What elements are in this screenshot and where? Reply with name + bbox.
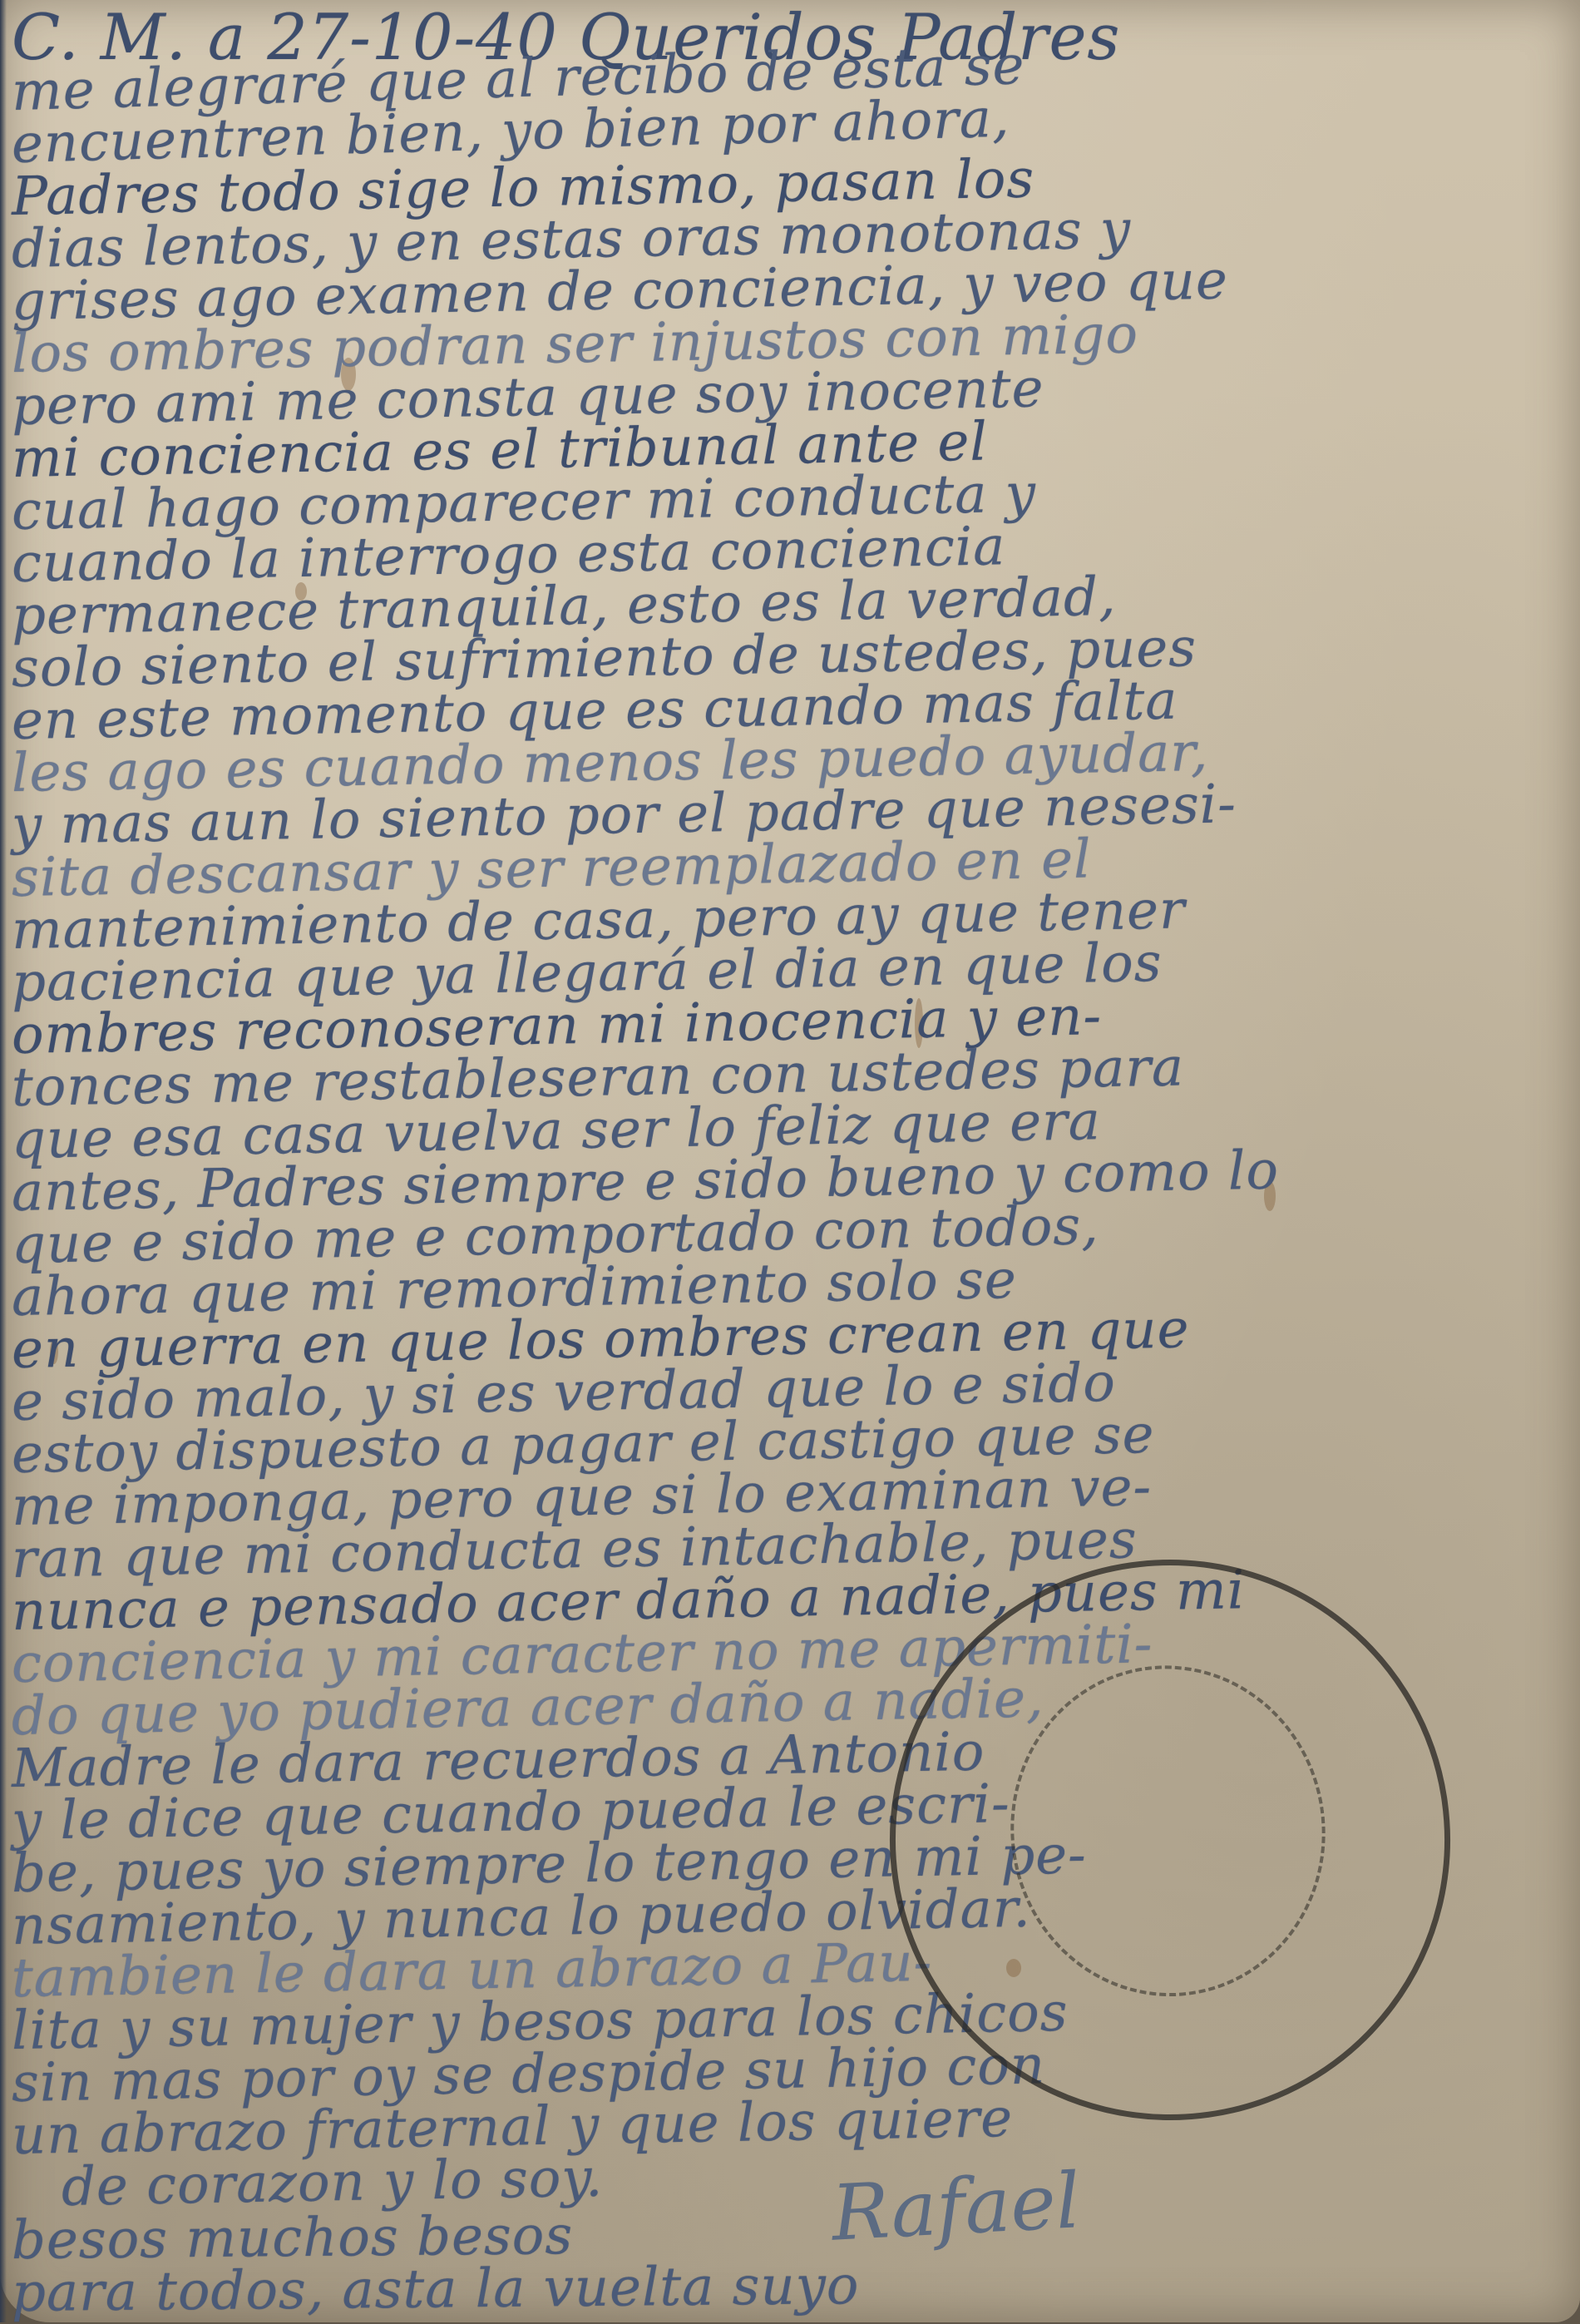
card-edge-shadow <box>0 0 7 2322</box>
postcard: C. M. a 27-10-40 Queridos Padres me aleg… <box>0 0 1580 2322</box>
letter-line: para todos, asta la vuelta suyo <box>12 2254 1575 2320</box>
signature: Rafael <box>829 2156 1082 2258</box>
letter-body: C. M. a 27-10-40 Queridos Padres me aleg… <box>12 8 1575 2320</box>
